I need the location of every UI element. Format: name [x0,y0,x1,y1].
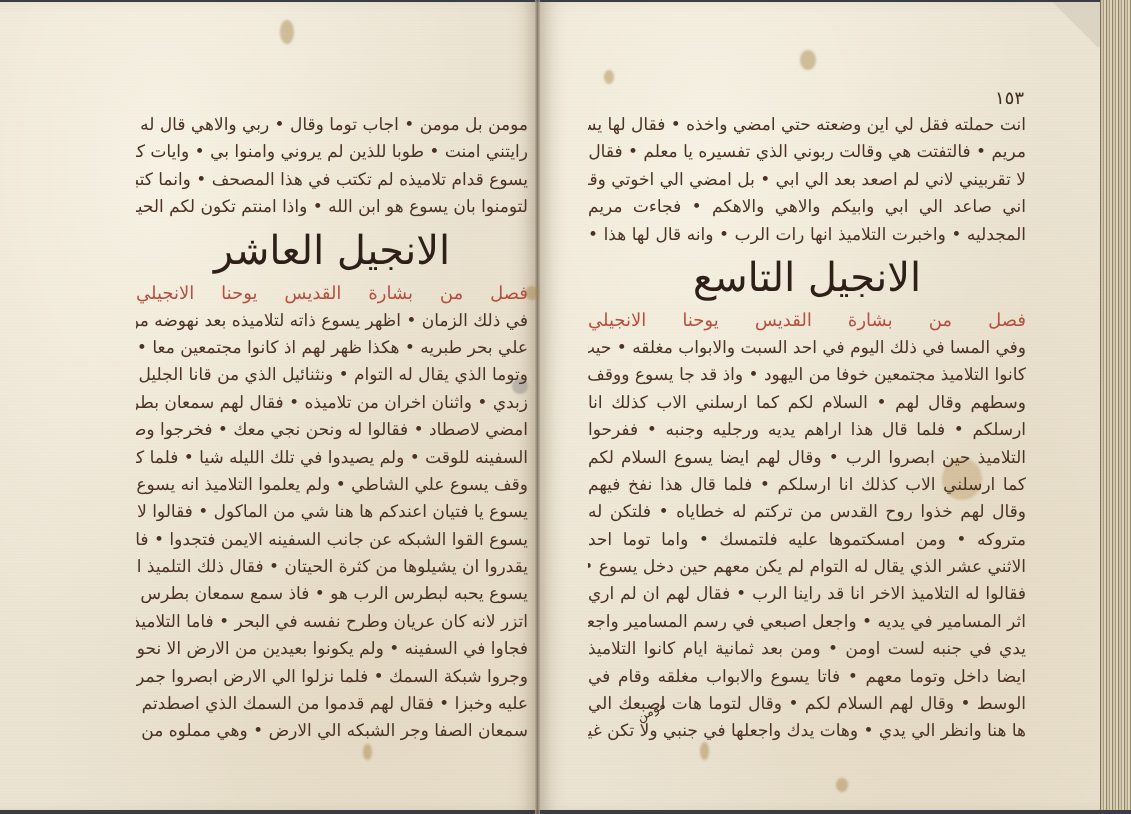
text-line: كانوا التلاميذ مجتمعين خوفا من اليهود • … [588,362,1026,389]
text-line: ايضا داخل وتوما معهم • فاتا يسوع والابوا… [588,664,1026,691]
water-stain [604,70,614,84]
text-line: مريم • فالتفتت هي وقالت ربوني الذي تفسير… [588,139,1026,166]
open-manuscript: ١٥٣ انت حملته فقل لي اين وضعته حتي امضي … [0,0,1131,814]
section-heading: الانجيل التاسع [588,249,1026,307]
text-line: وفي المسا في ذلك اليوم في احد السبت والا… [588,335,1026,362]
text-line: علي بحر طبريه • هكذا ظهر لهم اذ كانوا مج… [136,335,528,362]
text-line: انت حملته فقل لي اين وضعته حتي امضي واخذ… [588,112,1026,139]
text-line: وسطهم وقال لهم • السلام لكم كما ارسلني ا… [588,390,1026,417]
text-line: يدي في جنبه لست اومن • ومن بعد ثمانية اي… [588,636,1026,663]
rubric-subheading: فصل من بشارة القديس يوحنا الانجيلي [588,307,1026,335]
text-line: امضي لاصطاد • فقالوا له ونحن نجي معك • ف… [136,417,528,444]
left-page-text: مومن بل مومن • اجاب توما وقال • ربي والا… [136,112,528,746]
text-line: زبدي • واثنان اخران من تلاميذه • فقال له… [136,390,528,417]
text-line: ها هنا وانظر الي يدي • وهات يدك واجعلها … [588,718,1026,745]
text-line: فقالوا له التلاميذ الاخر انا قد راينا ال… [588,581,1026,608]
text-line: عليه وخبزا • فقال لهم قدموا من السمك الذ… [136,691,528,718]
text-line: فجاوا في السفينه • ولم يكونوا بعيدين من … [136,636,528,663]
text-line: رايتني امنت • طوبا للذين لم يروني وامنوا… [136,139,528,166]
text-line: وتوما الذي يقال له التوام • ونثنائيل الذ… [136,362,528,389]
folio-number: ١٥٣ [995,88,1024,109]
text-line: يسوع القوا الشبكه عن جانب السفينه الايمن… [136,527,528,554]
section-heading: الانجيل العاشر [136,222,528,280]
page-corner-fold [1050,2,1100,47]
text-line: يسوع يحبه لبطرس الرب هو • فاذ سمع سمعان … [136,581,528,608]
text-line: المجدليه • واخبرت التلاميذ انها رات الرب… [588,222,1026,249]
text-line: اتزر لانه كان عريان وطرح نفسه في البحر •… [136,609,528,636]
text-line: اني صاعد الي ابي وابيكم والاهي والاهكم •… [588,194,1026,221]
text-line: سمعان الصفا وجر الشبكه الي الارض • وهي م… [136,718,528,745]
text-line: اثر المسامير في يديه • واجعل اصبعي في رس… [588,609,1026,636]
water-stain [363,744,372,760]
text-line: كما ارسلني الاب كذلك انا ارسلكم • فلما ق… [588,472,1026,499]
water-stain [836,778,848,792]
text-line: ارسلكم • فلما قال هذا اراهم يديه ورجليه … [588,417,1026,444]
text-line: وقف يسوع علي الشاطي • ولم يعلموا التلامي… [136,472,528,499]
water-stain [280,20,294,44]
page-stack-fore-edge [1100,0,1131,810]
text-line: مومن بل مومن • اجاب توما وقال • ربي والا… [136,112,528,139]
text-line: السفينه للوقت • ولم يصيدوا في تلك الليله… [136,445,528,472]
text-line: يسوع قدام تلاميذه لم تكتب في هذا المصحف … [136,167,528,194]
text-line: في ذلك الزمان • اظهر يسوع ذاته لتلاميذه … [136,308,528,335]
right-page-text: انت حملته فقل لي اين وضعته حتي امضي واخذ… [588,112,1026,746]
text-line: الاثني عشر الذي يقال له التوام لم يكن مع… [588,554,1026,581]
binding-gutter [535,0,540,814]
rubric-subheading: فصل من بشارة القديس يوحنا الانجيلي [136,280,528,308]
text-line: يقدروا ان يشيلوها من كثرة الحيتان • فقال… [136,554,528,581]
text-line: لتومنوا بان يسوع هو ابن الله • واذا امنت… [136,194,528,221]
text-line: وقال لهم خذوا روح القدس من تركتم له خطاي… [588,499,1026,526]
text-line: التلاميذ حين ابصروا الرب • وقال لهم ايضا… [588,445,1026,472]
text-line: يسوع يا فتيان اعندكم ها هنا شي من الماكو… [136,499,528,526]
text-line: متروكه • ومن امسكتموها عليه فلتمسك • وام… [588,527,1026,554]
water-stain [800,50,816,70]
text-line: وجروا شبكة السمك • فلما نزلوا الي الارض … [136,664,528,691]
text-line: لا تقربيني لاني لم اصعد بعد الي ابي • بل… [588,167,1026,194]
